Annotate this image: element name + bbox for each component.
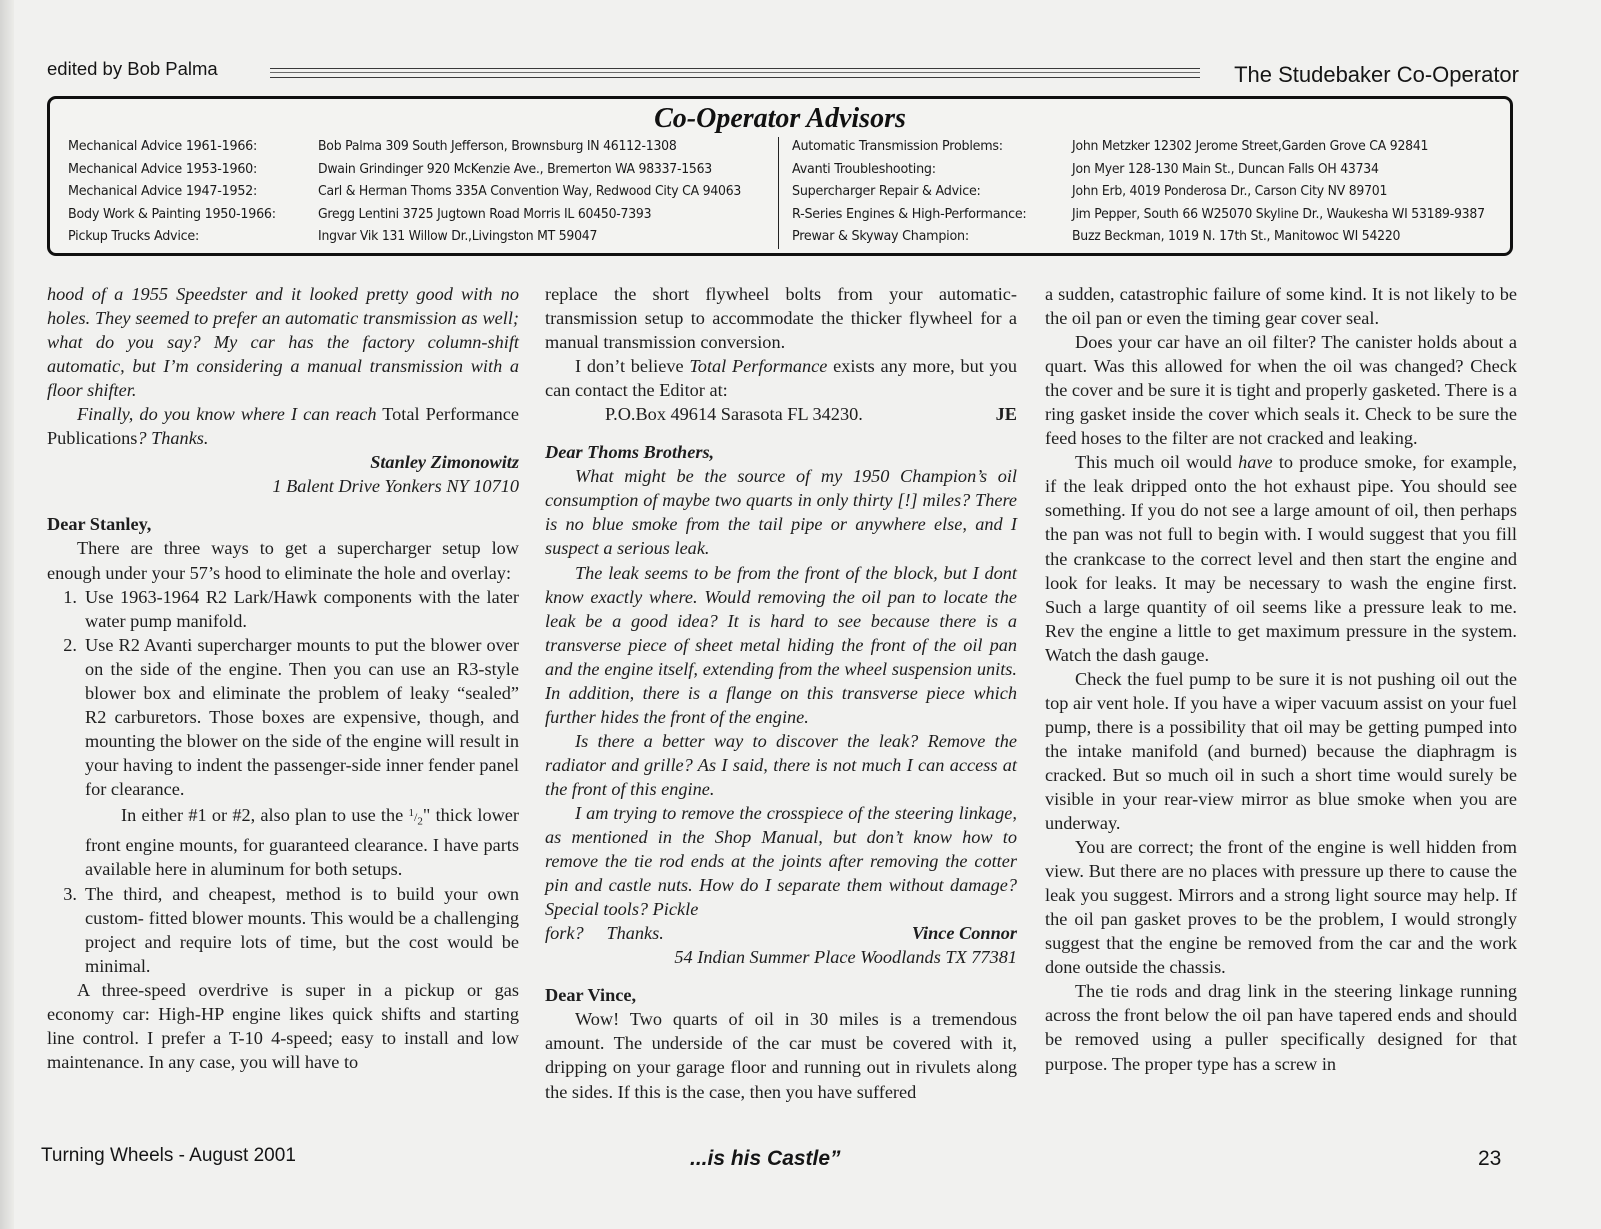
emphasis: have: [1238, 452, 1273, 472]
advisors-title: Co-Operator Advisors: [50, 103, 1510, 135]
reply-fragment: to produce smoke, for example, if the le…: [1045, 452, 1517, 664]
fraction: 1/2: [409, 810, 423, 824]
advisor-topic: Mechanical Advice 1953-1960:: [68, 159, 306, 182]
reply-text: I don’t believe Total Performance exists…: [545, 354, 1017, 402]
header-rule: [270, 68, 1200, 78]
letter-fragment: Finally, do you know where I can reach: [77, 404, 377, 424]
advisors-box: Co-Operator Advisors Mechanical Advice 1…: [47, 96, 1513, 256]
advisor-contact: Gregg Lentini 3725 Jugtown Road Morris I…: [318, 204, 651, 227]
advisor-contact: Dwain Grindinger 920 McKenzie Ave., Brem…: [318, 159, 712, 182]
list-text: Use R2 Avanti supercharger mounts to put…: [85, 633, 519, 801]
advisor-row: Pickup Trucks Advice:Ingvar Vik 131 Will…: [68, 226, 773, 249]
list-text: Use 1963-1964 R2 Lark/Hawk components wi…: [85, 585, 519, 633]
reply-text: You are correct; the front of the engine…: [1045, 835, 1517, 979]
reply-salutation: Dear Stanley,: [47, 512, 519, 536]
article-column-2: replace the short flywheel bolts from yo…: [545, 282, 1017, 1104]
list-item: 3.The third, and cheapest, method is to …: [47, 882, 519, 978]
advisor-row: R-Series Engines & High-Performance:Jim …: [792, 204, 1516, 227]
advisor-topic: R-Series Engines & High-Performance:: [792, 204, 1058, 227]
advisor-contact: Buzz Beckman, 1019 N. 17th St., Manitowo…: [1072, 226, 1400, 249]
reply-text: Wow! Two quarts of oil in 30 miles is a …: [545, 1007, 1017, 1103]
editor-address: P.O.Box 49614 Sarasota FL 34230.JE: [545, 402, 1017, 426]
advisor-contact: John Erb, 4019 Ponderosa Dr., Carson Cit…: [1072, 181, 1387, 204]
advisor-row: Automatic Transmission Problems:John Met…: [792, 136, 1516, 159]
list-item: 1.Use 1963-1964 R2 Lark/Hawk components …: [47, 585, 519, 633]
reply-fragment: I don’t believe: [575, 356, 689, 376]
list-number: 3.: [47, 882, 85, 978]
advisor-contact: John Metzker 12302 Jerome Street,Garden …: [1072, 136, 1428, 159]
letter-text: I am trying to remove the crosspiece of …: [545, 801, 1017, 921]
advisor-contact: Carl & Herman Thoms 335A Convention Way,…: [318, 181, 741, 204]
footer-continuation: ...is his Castle”: [690, 1147, 841, 1171]
list-note-text: In either #1 or #2, also plan to use the: [121, 805, 409, 825]
reply-text: A three-speed overdrive is super in a pi…: [47, 978, 519, 1074]
letter-text: Is there a better way to discover the le…: [545, 729, 1017, 801]
letter-address: 1 Balent Drive Yonkers NY 10710: [47, 474, 519, 498]
publication-name: Total Performance: [689, 356, 827, 376]
advisor-row: Mechanical Advice 1953-1960:Dwain Grindi…: [68, 159, 773, 182]
reply-text: a sudden, catastrophic failure of some k…: [1045, 282, 1517, 330]
page-number: 23: [1478, 1147, 1501, 1171]
article-column-3: a sudden, catastrophic failure of some k…: [1045, 282, 1517, 1076]
advisor-row: Supercharger Repair & Advice:John Erb, 4…: [792, 181, 1516, 204]
advisor-contact: Jon Myer 128-130 Main St., Duncan Falls …: [1072, 159, 1379, 182]
article-column-1: hood of a 1955 Speedster and it looked p…: [47, 282, 519, 1074]
advisor-topic: Prewar & Skyway Champion:: [792, 226, 1058, 249]
letter-closing: fork? Thanks.Vince Connor: [545, 921, 1017, 945]
list-number: 1.: [47, 585, 85, 633]
advisor-topic: Mechanical Advice 1961-1966:: [68, 136, 306, 159]
author-initials: JE: [996, 402, 1017, 426]
letter-signature: Stanley Zimonowitz: [47, 450, 519, 474]
letter-fragment: ? Thanks.: [137, 428, 208, 448]
letter-signature: Vince Connor: [912, 921, 1017, 945]
reply-text: Does your car have an oil filter? The ca…: [1045, 330, 1517, 450]
reply-text: This much oil would have to produce smok…: [1045, 450, 1517, 666]
letter-salutation: Dear Thoms Brothers,: [545, 440, 1017, 464]
advisor-contact: Jim Pepper, South 66 W25070 Skyline Dr.,…: [1072, 204, 1485, 227]
footer-issue: Turning Wheels - August 2001: [41, 1145, 296, 1167]
advisors-right-list: Automatic Transmission Problems:John Met…: [792, 136, 1516, 249]
letter-text: fork? Thanks.: [545, 921, 664, 945]
header-editor: edited by Bob Palma: [47, 58, 218, 80]
po-box: P.O.Box 49614 Sarasota FL 34230.: [605, 402, 863, 426]
letter-address: 54 Indian Summer Place Woodlands TX 7738…: [545, 945, 1017, 969]
page-edge-shadow: [0, 0, 14, 1229]
list-item: 2.Use R2 Avanti supercharger mounts to p…: [47, 633, 519, 801]
advisors-divider: [778, 137, 779, 249]
fraction-numerator: 1: [409, 807, 415, 819]
list-text: The third, and cheapest, method is to bu…: [85, 882, 519, 978]
advisor-contact: Ingvar Vik 131 Willow Dr.,Livingston MT …: [318, 226, 597, 249]
header-publication: The Studebaker Co-Operator: [1234, 62, 1519, 88]
advisor-topic: Supercharger Repair & Advice:: [792, 181, 1058, 204]
reply-text: Check the fuel pump to be sure it is not…: [1045, 667, 1517, 835]
reply-salutation: Dear Vince,: [545, 983, 1017, 1007]
reply-fragment: This much oil would: [1075, 452, 1238, 472]
advisor-contact: Bob Palma 309 South Jefferson, Brownsbur…: [318, 136, 677, 159]
letter-text: What might be the source of my 1950 Cham…: [545, 464, 1017, 560]
reply-text: replace the short flywheel bolts from yo…: [545, 282, 1017, 354]
advisor-row: Body Work & Painting 1950-1966:Gregg Len…: [68, 204, 773, 227]
reply-text: The tie rods and drag link in the steeri…: [1045, 979, 1517, 1075]
reply-text: There are three ways to get a supercharg…: [47, 536, 519, 584]
advisor-topic: Pickup Trucks Advice:: [68, 226, 306, 249]
advisor-row: Prewar & Skyway Champion:Buzz Beckman, 1…: [792, 226, 1516, 249]
letter-text: hood of a 1955 Speedster and it looked p…: [47, 282, 519, 402]
advisor-topic: Mechanical Advice 1947-1952:: [68, 181, 306, 204]
letter-text: The leak seems to be from the front of t…: [545, 561, 1017, 729]
advisor-row: Avanti Troubleshooting:Jon Myer 128-130 …: [792, 159, 1516, 182]
advisor-row: Mechanical Advice 1947-1952:Carl & Herma…: [68, 181, 773, 204]
list-number: 2.: [47, 633, 85, 801]
advisor-row: Mechanical Advice 1961-1966:Bob Palma 30…: [68, 136, 773, 159]
advisor-topic: Automatic Transmission Problems:: [792, 136, 1058, 159]
advisors-left-list: Mechanical Advice 1961-1966:Bob Palma 30…: [68, 136, 773, 249]
list-note: In either #1 or #2, also plan to use the…: [47, 801, 519, 882]
advisor-topic: Avanti Troubleshooting:: [792, 159, 1058, 182]
letter-text: Finally, do you know where I can reach T…: [47, 402, 519, 450]
advisor-topic: Body Work & Painting 1950-1966:: [68, 204, 306, 227]
